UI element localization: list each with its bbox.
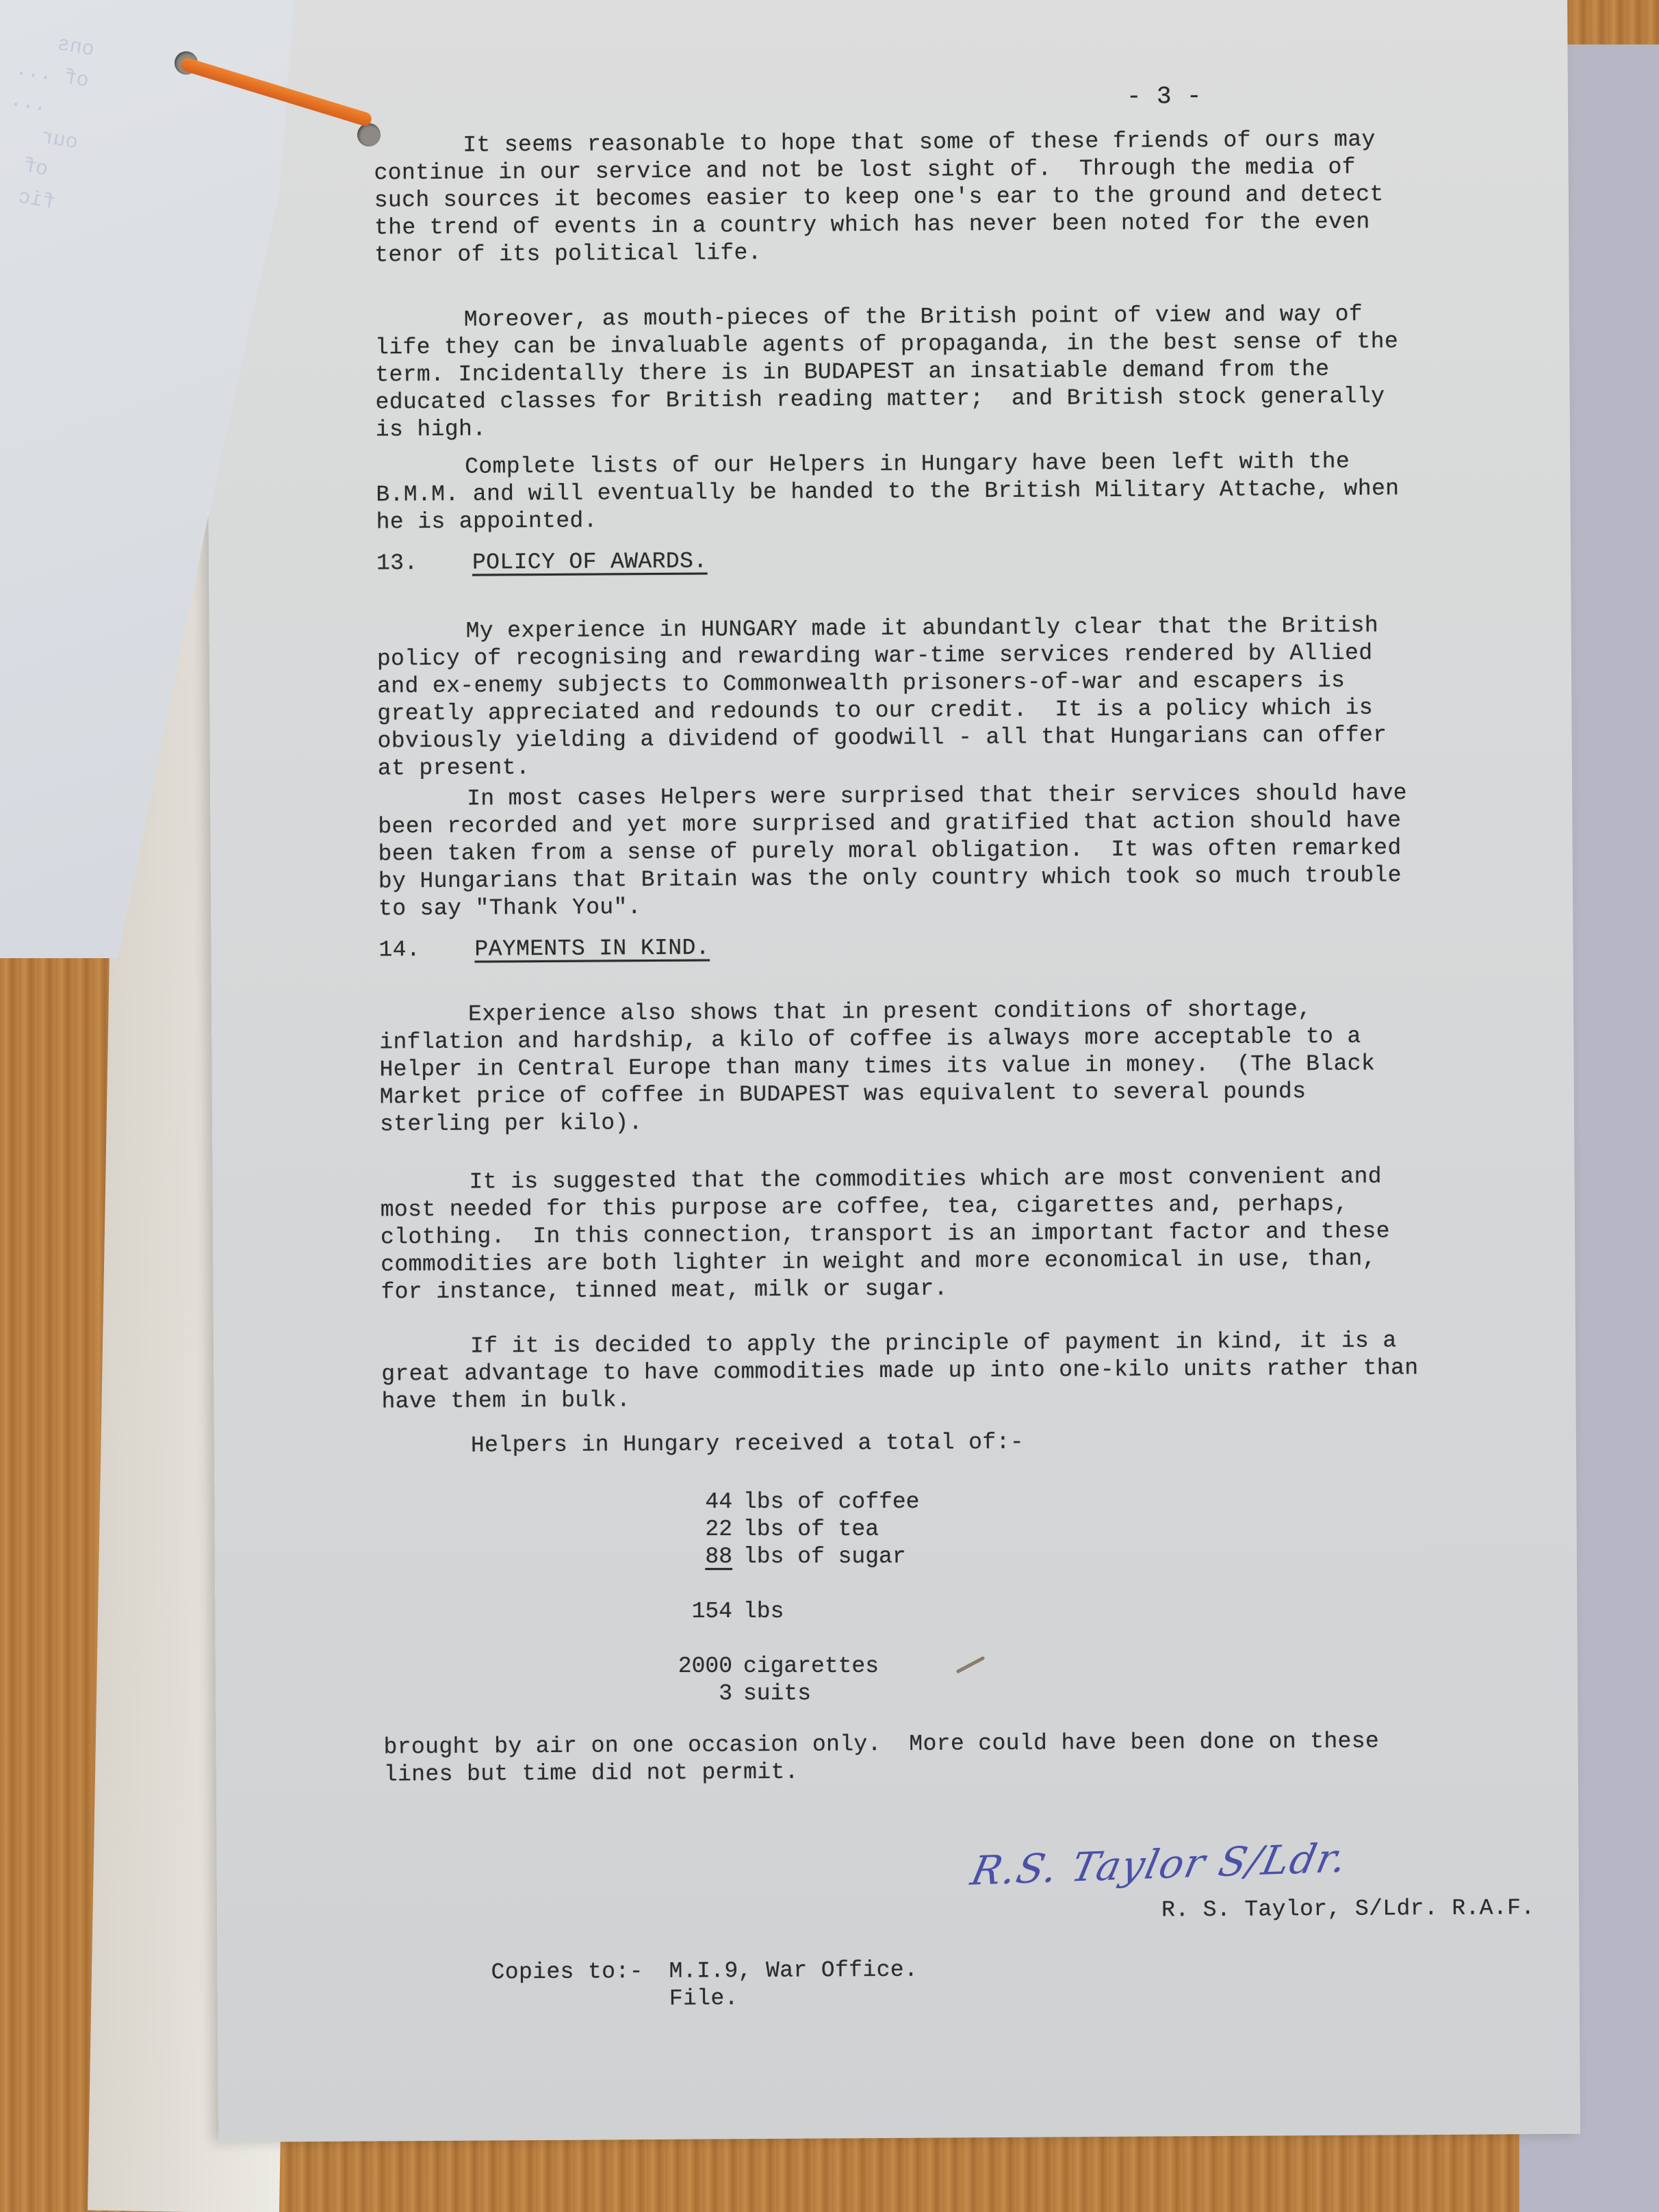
- section-title: PAYMENTS IN KIND.: [474, 935, 710, 964]
- bleed-through-text: ons of ... ... our of fic: [0, 23, 97, 222]
- copies-recipient: File.: [669, 1985, 738, 2013]
- document-page: - 3 - It seems reasonable to hope that s…: [205, 0, 1580, 2142]
- supply-row: 2000 cigarettes: [657, 1653, 919, 1680]
- photo-scene: - 3 - It seems reasonable to hope that s…: [0, 0, 1659, 2212]
- section-number: 13.: [376, 550, 404, 577]
- paragraph-brought-by-air: brought by air on one occasion only. Mor…: [383, 1727, 1424, 1788]
- supply-total: 154 lbs: [657, 1598, 919, 1625]
- punch-hole: [357, 123, 381, 146]
- supply-row: 88 lbs of sugar: [657, 1543, 919, 1571]
- supply-row: 22 lbs of tea: [657, 1516, 919, 1543]
- paragraph-propaganda: Moreover, as mouth-pieces of the British…: [375, 300, 1416, 443]
- supply-row: 44 lbs of coffee: [657, 1489, 919, 1516]
- copies-recipient: M.I.9, War Office.: [669, 1957, 918, 1985]
- section-number: 14.: [378, 936, 406, 964]
- section-title: POLICY OF AWARDS.: [472, 548, 708, 577]
- typed-signature: R. S. Taylor, S/Ldr. R.A.F.: [1161, 1894, 1535, 1924]
- section-13-heading: 13. POLICY OF AWARDS.: [376, 548, 708, 578]
- page-number: - 3 -: [1127, 83, 1202, 111]
- paragraph-helper-lists: Complete lists of our Helpers in Hungary…: [376, 448, 1417, 536]
- paragraph-awards-policy: My experience in HUNGARY made it abundan…: [377, 612, 1418, 782]
- paragraph-coffee-value: Experience also shows that in present co…: [379, 995, 1420, 1138]
- paragraph-payment-in-kind: If it is decided to apply the principle …: [381, 1327, 1422, 1415]
- copies-label: Copies to:-: [491, 1958, 643, 1986]
- paragraph-thank-you: In most cases Helpers were surprised tha…: [378, 780, 1419, 923]
- paragraph-friends: It seems reasonable to hope that some of…: [374, 126, 1415, 269]
- paragraph-commodities: It is suggested that the commodities whi…: [380, 1163, 1421, 1306]
- supplies-list: 44 lbs of coffee 22 lbs of tea 88 lbs of…: [657, 1489, 919, 1708]
- supply-row: 3 suits: [657, 1680, 919, 1708]
- section-14-heading: 14. PAYMENTS IN KIND.: [378, 935, 710, 964]
- supplies-intro: Helpers in Hungary received a total of:-: [471, 1429, 1024, 1460]
